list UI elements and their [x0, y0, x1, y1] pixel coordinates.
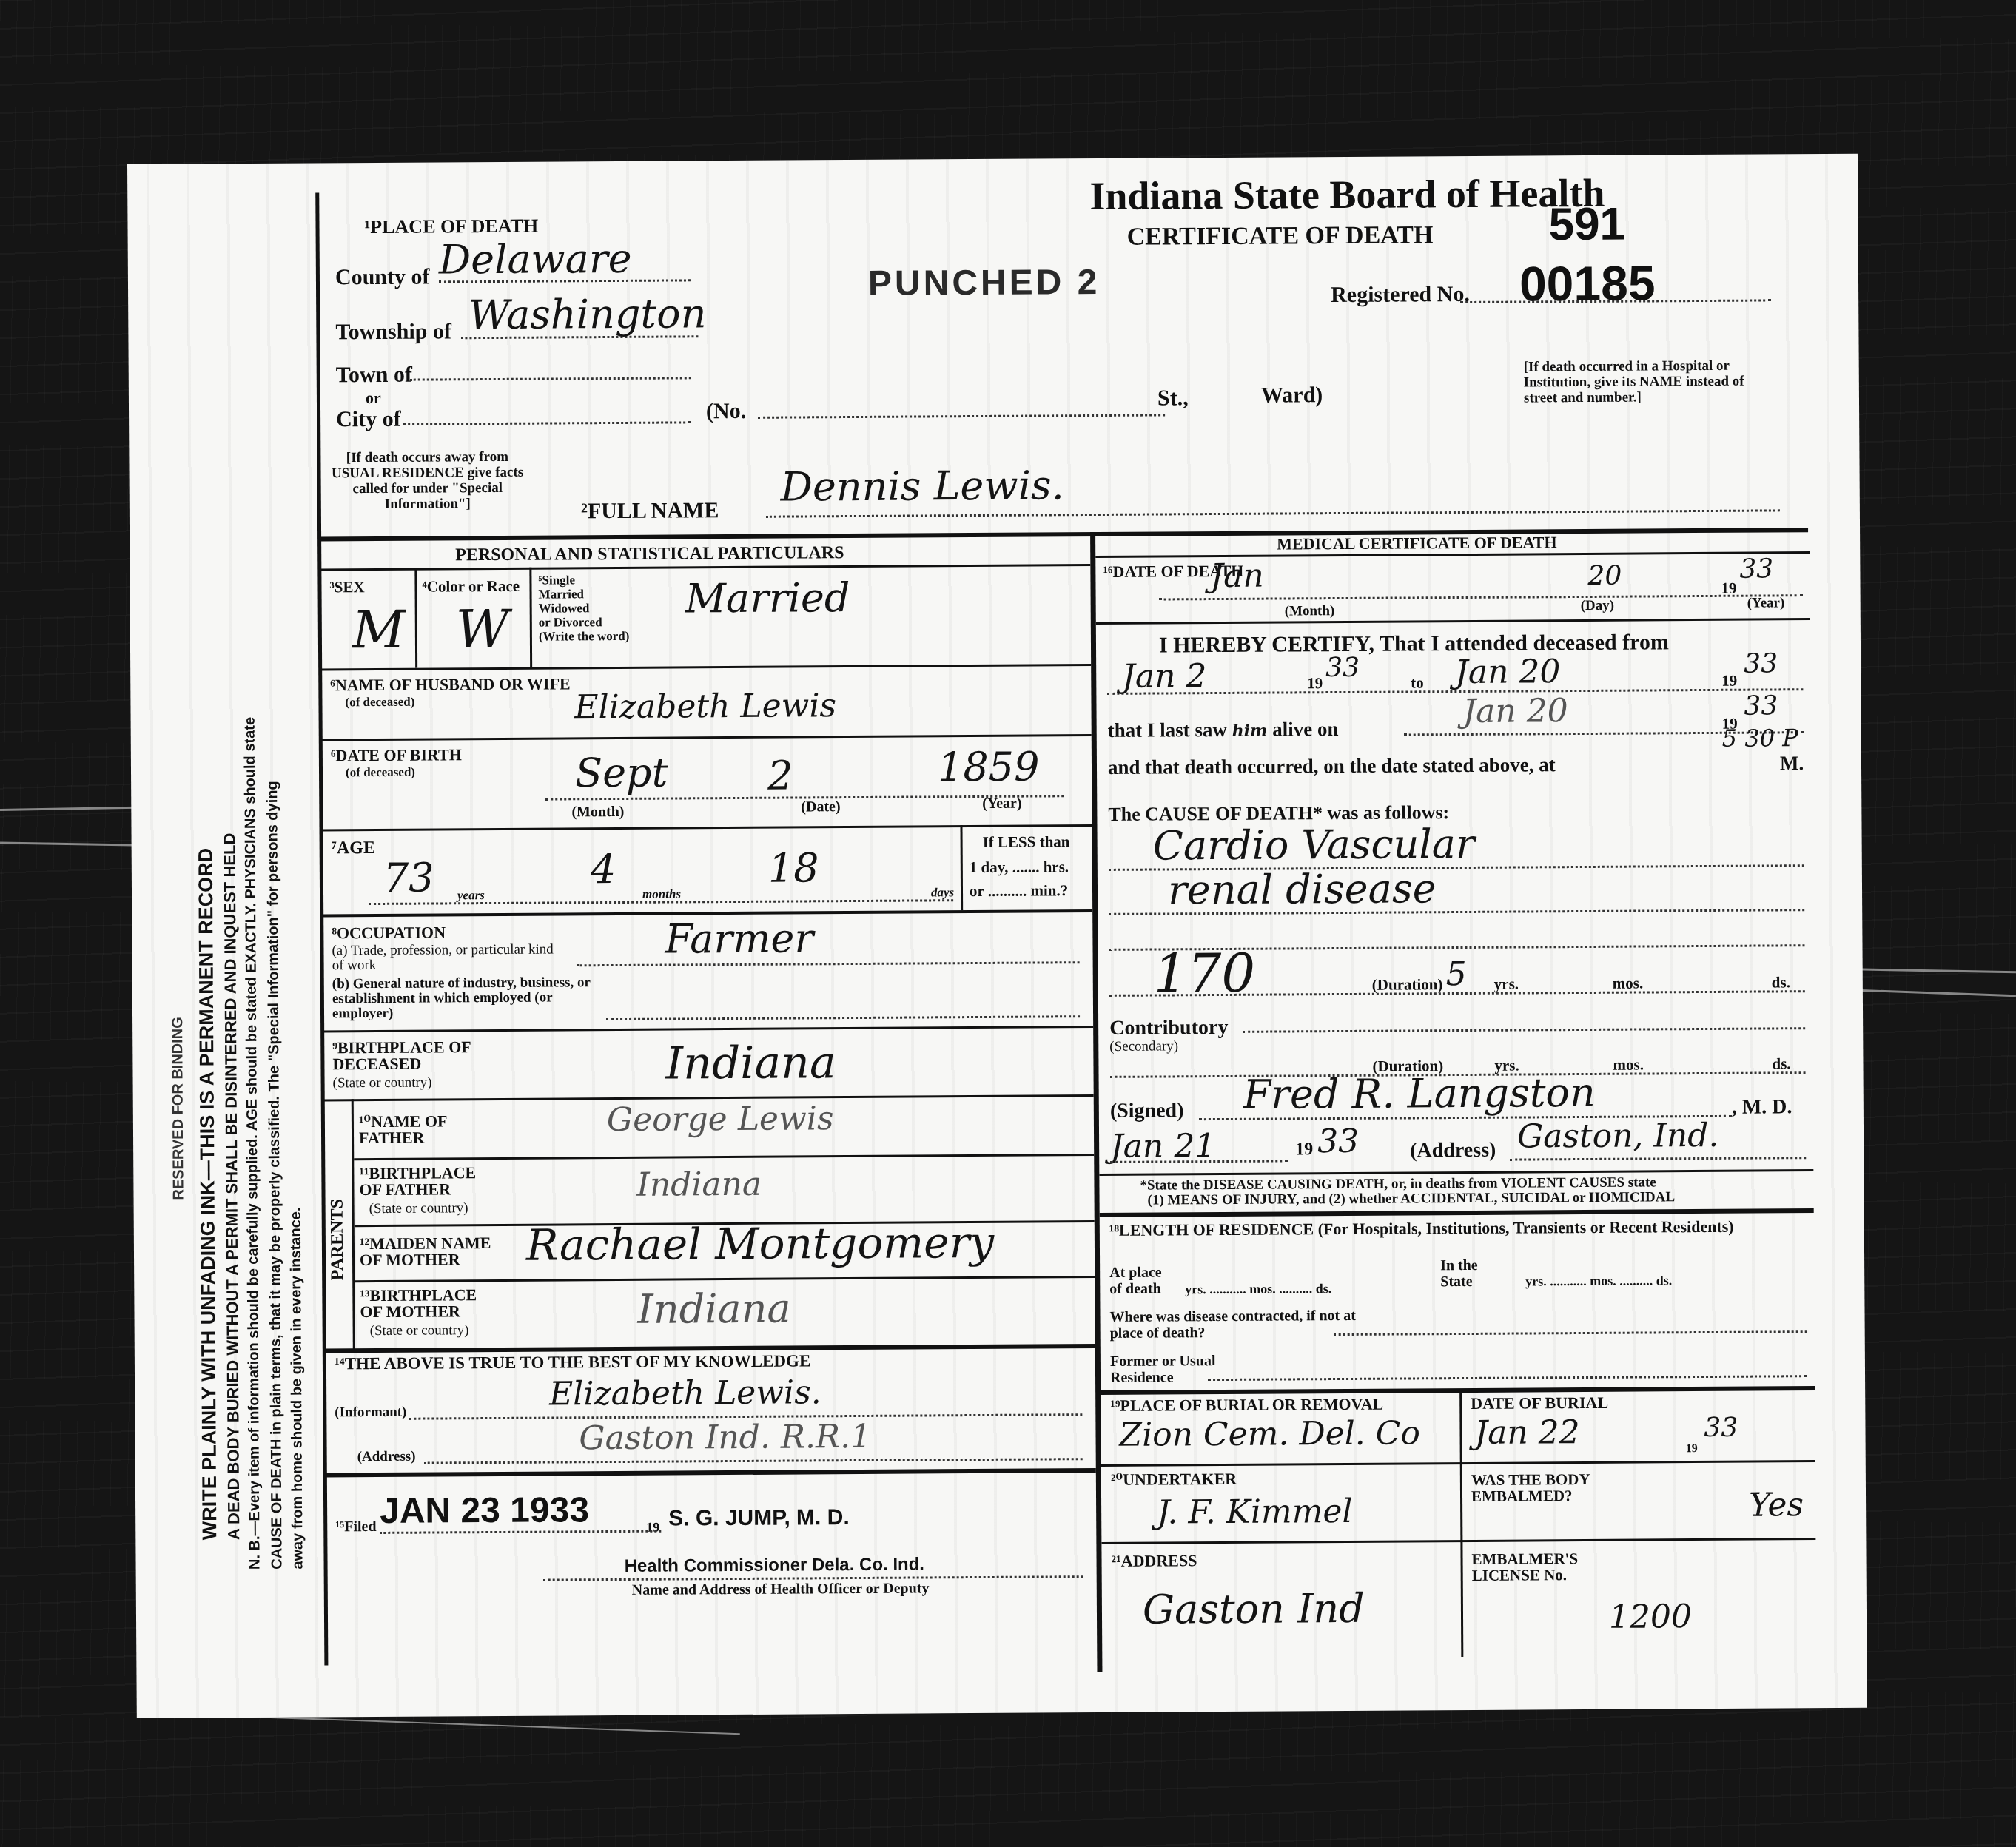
parents-label: PARENTS — [328, 1199, 349, 1280]
death-occurred-label: and that death occurred, on the date sta… — [1108, 753, 1556, 779]
marital-option: or Divorced — [539, 615, 630, 630]
signed-date: Jan 21 — [1110, 1127, 1215, 1165]
attended-from-19: 19 — [1307, 675, 1323, 691]
health-officer-caption: Name and Address of Health Officer or De… — [632, 1580, 930, 1598]
former-residence-label: Former or Usual Residence — [1110, 1353, 1243, 1386]
cause-line-2-value: renal disease — [1168, 865, 1437, 913]
in-state-label: In the State — [1440, 1257, 1499, 1290]
less-than-label: If LESS than — [983, 833, 1070, 850]
in-state-units: yrs. ........... mos. .......... ds. — [1525, 1272, 1672, 1289]
age-days: 18 — [768, 844, 819, 891]
signed-label: (Signed) — [1110, 1099, 1184, 1123]
cause-line-1-value: Cardio Vascular — [1152, 821, 1474, 869]
last-saw-b: alive on — [1272, 718, 1338, 741]
birthplace-sub: (State or country) — [333, 1077, 432, 1091]
in-state-mos: mos. — [1590, 1274, 1616, 1288]
dob-year: 1859 — [938, 743, 1040, 790]
informant-address-label: (Address) — [357, 1450, 416, 1464]
occupation-label: ⁸OCCUPATION — [332, 924, 446, 941]
attended-to-year: 33 — [1744, 648, 1778, 679]
township-value: Washington — [468, 290, 706, 338]
min-row: or .......... min.? — [970, 882, 1068, 899]
street-label: St., — [1157, 386, 1189, 411]
yrs-label: yrs. — [1494, 976, 1519, 992]
or-label: or — [366, 388, 381, 408]
physician-address: Gaston, Ind. — [1517, 1117, 1719, 1156]
at-place-ds: ds. — [1316, 1281, 1332, 1296]
sex-label: ³SEX — [329, 579, 364, 595]
dod-day: 20 — [1587, 561, 1622, 591]
one-day-label: 1 day, — [970, 858, 1009, 876]
age-label: ⁷AGE — [332, 840, 375, 856]
registered-no-label: Registered No. — [1331, 282, 1470, 308]
last-saw-pronoun: him — [1232, 721, 1268, 741]
dob-day: 2 — [767, 753, 793, 799]
hospital-note: [If death occurred in a Hospital or Inst… — [1524, 357, 1768, 406]
certificate-title: CERTIFICATE OF DEATH — [1127, 221, 1434, 252]
dod-month: Jan — [1210, 557, 1264, 595]
mother-label: ¹²MAIDEN NAME OF MOTHER — [360, 1235, 508, 1268]
m-label: M. — [1780, 752, 1804, 775]
death-certificate: RESERVED FOR BINDING WRITE PLAINLY WITH … — [127, 154, 1867, 1718]
file-number: 591 — [1548, 198, 1625, 252]
hrs-row: 1 day, ....... hrs. — [970, 858, 1069, 875]
dod-year-caption: (Year) — [1747, 596, 1785, 610]
undertaker-label: ²⁰UNDERTAKER — [1111, 1471, 1237, 1488]
birthplace-label: ⁹BIRTHPLACE OF DECEASED — [332, 1039, 495, 1072]
age-years: 73 — [383, 854, 434, 901]
dod-year-prefix: 19 — [1721, 580, 1736, 596]
min-label: min.? — [1030, 881, 1068, 899]
undertaker-address-label: ²¹ADDRESS — [1111, 1552, 1197, 1570]
in-state-ds: ds. — [1656, 1273, 1673, 1288]
age-months: 4 — [591, 846, 616, 892]
dod-day-caption: (Day) — [1581, 599, 1614, 613]
marital-options: ⁵Single Married Widowed or Divorced (Wri… — [538, 573, 629, 644]
burial-year: 33 — [1704, 1413, 1738, 1443]
dod-year: 33 — [1739, 554, 1773, 584]
dob-label: ⁶DATE OF BIRTH — [331, 747, 462, 764]
filed-19: 19 — [646, 1519, 659, 1535]
mother-value: Rachael Montgomery — [526, 1217, 995, 1271]
place-of-death-heading: ¹PLACE OF DEATH — [364, 215, 538, 238]
mother-birthplace-label: ¹³BIRTHPLACE OF MOTHER — [360, 1287, 493, 1320]
occupation-b-label: (b) General nature of industry, business… — [332, 975, 599, 1021]
filed-label: ¹⁵Filed — [335, 1518, 376, 1535]
informant-label: (Informant) — [335, 1406, 406, 1420]
attended-from: Jan 2 — [1122, 657, 1207, 696]
time-of-death: 5 30 P — [1722, 724, 1798, 753]
attended-from-year: 33 — [1325, 653, 1360, 683]
or-label: or — [970, 882, 984, 900]
side-reserved-margin: RESERVED FOR BINDING — [169, 1017, 188, 1200]
at-place-mos: mos. — [1249, 1282, 1276, 1296]
county-label: County of — [335, 265, 430, 291]
father-value: George Lewis — [607, 1100, 834, 1139]
contributory-ds-label: ds. — [1772, 1055, 1790, 1071]
last-saw-year: 33 — [1744, 690, 1778, 721]
contributory-label: Contributory — [1109, 1016, 1228, 1040]
side-instruction-5: away from home should be given in every … — [288, 1208, 307, 1570]
sex-value: M — [352, 599, 406, 660]
year-caption: (Year) — [982, 797, 1021, 810]
informant-address-value: Gaston Ind. R.R.1 — [579, 1418, 871, 1457]
board-title: Indiana State Board of Health — [1089, 170, 1605, 219]
full-name-value: Dennis Lewis. — [780, 462, 1064, 510]
cause-footnote-2: (1) MEANS OF INJURY, and (2) whether ACC… — [1148, 1191, 1676, 1207]
burial-date: Jan 22 — [1474, 1413, 1579, 1452]
side-instruction-1: WRITE PLAINLY WITH UNFADING INK—THIS IS … — [195, 848, 222, 1541]
duration-years: 5 — [1446, 955, 1467, 993]
license-value: 1200 — [1609, 1598, 1692, 1636]
burial-19: 19 — [1686, 1441, 1698, 1457]
burial-place: Zion Cem. Del. Co — [1119, 1414, 1420, 1453]
city-label: City of — [336, 407, 401, 433]
where-contracted-label: Where was disease contracted, if not at … — [1109, 1308, 1391, 1342]
attended-to: Jan 20 — [1455, 653, 1560, 691]
ward-label: Ward) — [1261, 383, 1323, 408]
signed-19: 19 — [1295, 1141, 1313, 1157]
at-place-yrs: yrs. — [1185, 1282, 1206, 1296]
md-label: , M. D. — [1732, 1095, 1792, 1119]
true-statement-label: ¹⁴THE ABOVE IS TRUE TO THE BEST OF MY KN… — [335, 1353, 810, 1372]
last-saw-label: that I last saw him alive on — [1108, 718, 1339, 742]
days-caption: days — [931, 886, 954, 899]
date-caption: (Date) — [801, 800, 840, 813]
away-from-residence-note: [If death occurs away from USUAL RESIDEN… — [327, 449, 528, 513]
physician-address-label: (Address) — [1410, 1139, 1496, 1163]
month-caption: (Month) — [571, 805, 624, 818]
months-caption: months — [642, 887, 681, 901]
township-label: Township of — [335, 319, 451, 345]
attended-to-19: 19 — [1721, 673, 1737, 689]
medical-heading: MEDICAL CERTIFICATE OF DEATH — [1277, 533, 1557, 554]
burial-place-label: ¹⁹PLACE OF BURIAL OR REMOVAL — [1110, 1396, 1383, 1414]
burial-date-label: DATE OF BURIAL — [1471, 1395, 1608, 1412]
spouse-sub: (of deceased) — [345, 696, 414, 710]
personal-heading: PERSONAL AND STATISTICAL PARTICULARS — [455, 543, 844, 565]
embalmed-label: WAS THE BODY EMBALMED? — [1471, 1471, 1634, 1504]
full-name-label: ²FULL NAME — [581, 498, 719, 524]
street-no-label: (No. — [706, 399, 746, 424]
dod-month-caption: (Month) — [1285, 605, 1335, 618]
signed-year: 33 — [1317, 1123, 1359, 1160]
marital-option: Married — [539, 587, 630, 602]
marital-option: Widowed — [539, 601, 630, 616]
certify-text: I HEREBY CERTIFY, That I attended deceas… — [1159, 630, 1669, 658]
birthplace-value: Indiana — [665, 1037, 836, 1089]
filed-date: JAN 23 1933 — [380, 1490, 589, 1532]
marital-option: ⁵Single — [538, 573, 629, 588]
mother-birthplace-value: Indiana — [637, 1285, 791, 1333]
health-officer-name: S. G. JUMP, M. D. — [668, 1505, 850, 1531]
at-place-label: At place of death — [1109, 1264, 1176, 1297]
embalmed-value: Yes — [1749, 1486, 1804, 1524]
years-caption: years — [457, 889, 485, 902]
duration-label: (Duration) — [1372, 976, 1443, 993]
undertaker-address: Gaston Ind — [1143, 1585, 1365, 1633]
town-label: Town of — [336, 363, 412, 388]
occupation-a-label: (a) Trade, profession, or particular kin… — [332, 942, 554, 973]
father-birthplace-value: Indiana — [636, 1165, 762, 1204]
spouse-label: ⁶NAME OF HUSBAND OR WIFE — [330, 676, 571, 693]
spouse-value: Elizabeth Lewis — [574, 687, 836, 726]
health-officer-title: Health Commissioner Dela. Co. Ind. — [625, 1554, 925, 1576]
father-birthplace-sub: (State or country) — [369, 1202, 468, 1216]
residence-label: ¹⁸LENGTH OF RESIDENCE (For Hospitals, In… — [1109, 1218, 1805, 1239]
race-value: W — [456, 599, 509, 659]
informant-value: Elizabeth Lewis. — [549, 1373, 821, 1413]
mos-label: mos. — [1613, 975, 1644, 992]
to-label: to — [1411, 674, 1424, 690]
dob-month: Sept — [575, 750, 668, 797]
hrs-label: hrs. — [1044, 858, 1069, 875]
contributory-mos-label: mos. — [1613, 1057, 1644, 1073]
marital-value: Married — [685, 574, 850, 622]
license-label: EMBALMER'S LICENSE No. — [1471, 1550, 1619, 1584]
dob-sub: (of deceased) — [346, 766, 415, 780]
last-saw-a: that I last saw — [1108, 719, 1227, 741]
race-label: ⁴Color or Race — [422, 578, 520, 595]
in-state-yrs: yrs. — [1525, 1274, 1547, 1288]
ds-label: ds. — [1772, 974, 1790, 990]
secondary-label: (Secondary) — [1109, 1040, 1178, 1054]
father-label: ¹⁰NAME OF FATHER — [359, 1113, 492, 1146]
punched-stamp: PUNCHED 2 — [868, 262, 1101, 304]
occupation-a-value: Farmer — [665, 915, 813, 962]
marital-option: (Write the word) — [539, 629, 630, 644]
registered-no: 00185 — [1519, 255, 1656, 312]
mother-birthplace-sub: (State or country) — [370, 1324, 469, 1338]
county-value: Delaware — [439, 235, 632, 283]
father-birthplace-label: ¹¹BIRTHPLACE OF FATHER — [359, 1165, 492, 1198]
undertaker-value: J. F. Kimmel — [1157, 1493, 1353, 1532]
last-saw-value: Jan 20 — [1462, 692, 1568, 730]
at-place-units: yrs. ........... mos. .......... ds. — [1185, 1280, 1331, 1297]
physician-signature: Fred R. Langston — [1243, 1069, 1596, 1118]
